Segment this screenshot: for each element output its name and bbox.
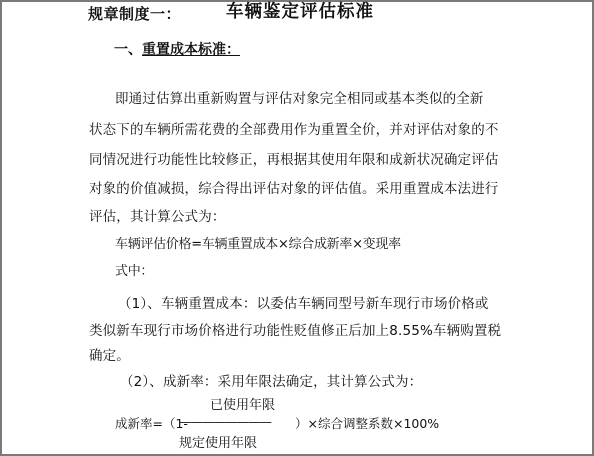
item-1-line: 类似新车现行市场价格进行功能性贬值修正后加上8.55%车辆购置税 <box>89 322 501 340</box>
paragraph-line: 同情况进行功能性比较修正，再根据其使用年限和成新状况确定评估 <box>89 151 499 169</box>
item-1-line: 确定。 <box>89 347 130 365</box>
depreciation-formula: 成新率=（1- 已使用年限 ———————— 规定使用年限 ）×综合调整系数×1… <box>115 394 475 452</box>
item-2-line: （2）、成新率：采用年限法确定，其计算公式为： <box>120 373 422 391</box>
document-page: 规章制度一： 车辆鉴定评估标准 一、重置成本标准： 即通过估算出重新购置与评估对… <box>0 0 594 456</box>
paragraph-line: 评估，其计算公式为： <box>89 208 226 226</box>
formula-rhs: ）×综合调整系数×100% <box>295 414 439 432</box>
regulation-label: 规章制度一： <box>88 5 181 23</box>
formula-numerator: 已使用年限 <box>210 394 275 413</box>
document-title: 车辆鉴定评估标准 <box>226 3 374 21</box>
item-1-line: （1）、车辆重置成本：以委估车辆同型号新车现行市场价格或 <box>118 295 489 313</box>
paragraph-line: 即通过估算出重新购置与评估对象完全相同或基本类似的全新 <box>115 90 484 108</box>
where-label: 式中： <box>115 263 153 281</box>
section-title: 重置成本标准： <box>142 42 240 58</box>
formula-lhs: 成新率=（1- <box>115 414 188 432</box>
section-number: 一、 <box>114 42 142 58</box>
formula-denominator: 规定使用年限 <box>179 432 257 451</box>
valuation-formula: 车辆评估价格=车辆重置成本×综合成新率×变现率 <box>115 236 401 254</box>
paragraph-line: 对象的价值减损，综合得出评估对象的评估值。采用重置成本法进行 <box>89 180 499 198</box>
fraction-bar: ———————— <box>179 414 271 429</box>
section-heading: 一、重置成本标准： <box>114 41 240 59</box>
paragraph-line: 状态下的车辆所需花费的全部费用作为重置全价，并对评估对象的不 <box>89 121 499 139</box>
